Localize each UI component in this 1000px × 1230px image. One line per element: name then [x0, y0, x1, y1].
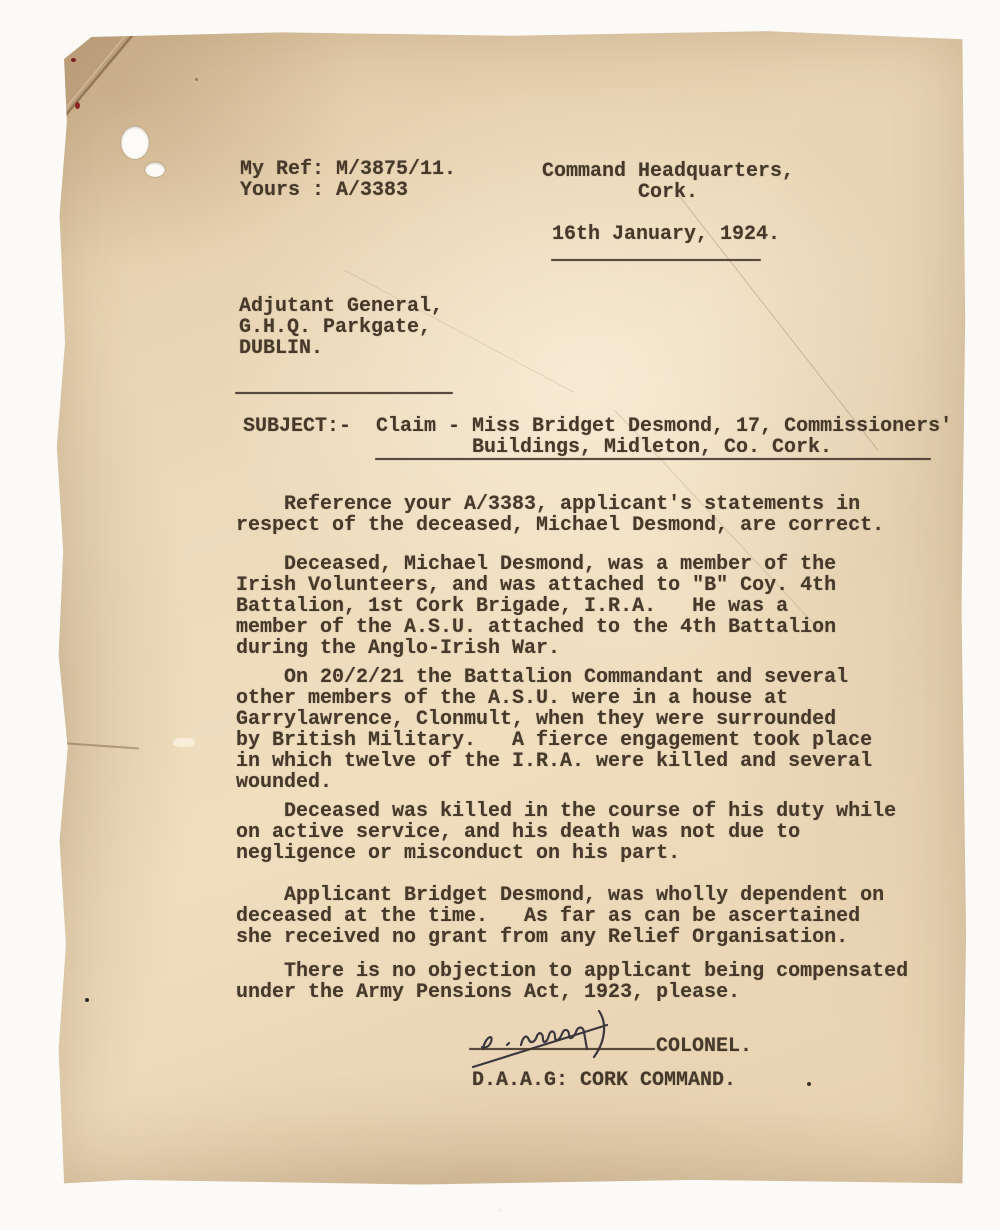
signature-rank: COLONEL.: [656, 1036, 752, 1057]
stain-speck: [195, 78, 198, 81]
stain-speck: [807, 1082, 811, 1086]
date-underline: [551, 259, 761, 261]
stain-speck: [75, 102, 80, 109]
paragraph-5: Applicant Bridget Desmond, was wholly de…: [236, 885, 884, 948]
paragraph-4: Deceased was killed in the course of his…: [236, 801, 896, 864]
subject-label: SUBJECT:-: [243, 416, 351, 437]
headquarters-city: Cork.: [542, 182, 794, 203]
letter-paper: My Ref: M/3875/11. Yours : A/3383 Comman…: [55, 30, 967, 1188]
paragraph-1: Reference your A/3383, applicant's state…: [236, 494, 884, 536]
folded-corner: [55, 30, 185, 160]
subject-underline: [375, 458, 931, 460]
tear-highlight: [173, 738, 195, 747]
subject-line2: Buildings, Midleton, Co. Cork.: [472, 437, 832, 458]
stain-speck: [85, 998, 89, 1002]
tear-mark: [61, 742, 139, 749]
stain-speck: [71, 58, 76, 62]
paragraph-3: On 20/2/21 the Battalion Commandant and …: [236, 667, 872, 793]
paper-hole: [121, 126, 149, 159]
headquarters-line: Command Headquarters,: [542, 161, 794, 182]
letter-date: 16th January, 1924.: [552, 224, 780, 245]
reference-block: My Ref: M/3875/11. Yours : A/3383: [240, 159, 456, 201]
address-divider: [235, 392, 453, 394]
paragraph-6: There is no objection to applicant being…: [236, 961, 908, 1003]
subject-line1: Claim - Miss Bridget Desmond, 17, Commis…: [376, 416, 952, 437]
paper-hole: [145, 162, 165, 177]
recipient-address: Adjutant General, G.H.Q. Parkgate, DUBLI…: [239, 296, 443, 359]
handwritten-signature: [453, 1003, 673, 1075]
signature-underline: [469, 1048, 655, 1050]
signature-unit: D.A.A.G: CORK COMMAND.: [472, 1070, 736, 1091]
paragraph-2: Deceased, Michael Desmond, was a member …: [236, 554, 836, 659]
